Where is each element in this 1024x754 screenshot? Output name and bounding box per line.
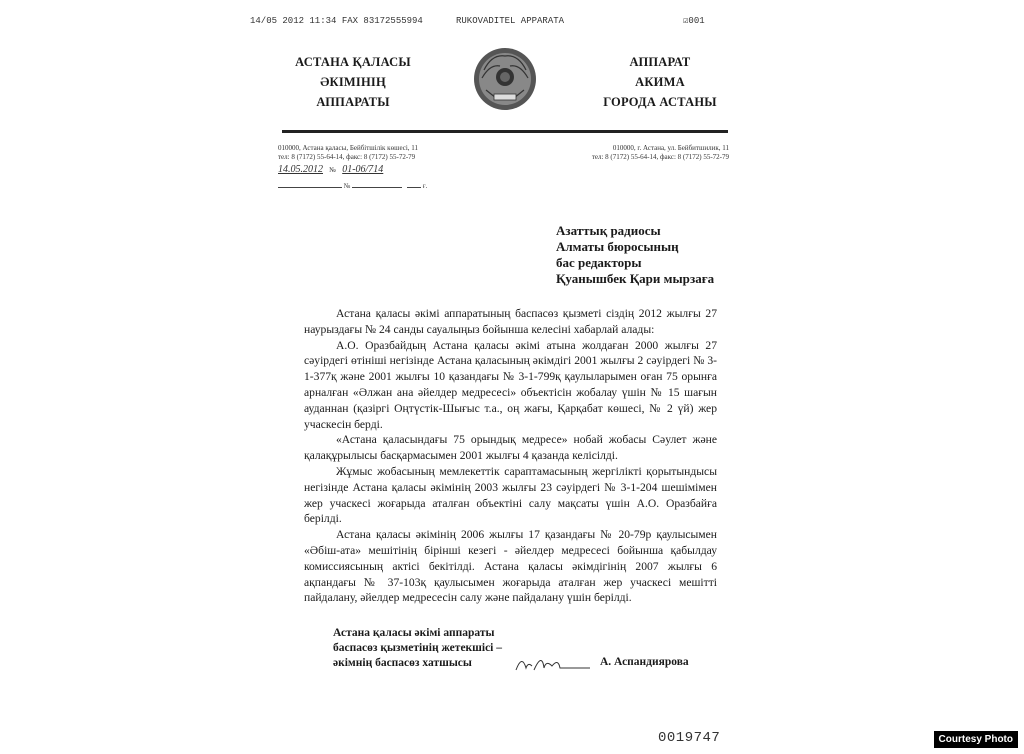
fax-header: 14/05 2012 11:34 FAX 83172555994 RUKOVAD… <box>0 16 1024 30</box>
letter-body: Астана қаласы әкімі аппаратының баспасөз… <box>304 306 717 606</box>
blank-field <box>352 180 402 188</box>
addressee-line: Қуанышбек Қари мырзаға <box>556 271 714 287</box>
org-kz-line: АППАРАТЫ <box>263 92 443 112</box>
address-russian: 010000, г. Астана, ул. Бейбитшилик, 11 т… <box>578 144 729 162</box>
address-kazakh: 010000, Астана қаласы, Бейбітшілік көшес… <box>278 144 418 162</box>
document-number: 0019747 <box>658 730 720 746</box>
signatory-title-line: әкімнің баспасөз хатшысы <box>333 656 502 671</box>
blank-field <box>278 180 342 188</box>
org-ru-line: АКИМА <box>570 72 750 92</box>
year-suffix: ғ. <box>423 182 428 190</box>
org-ru-line: АППАРАТ <box>570 52 750 72</box>
org-name-russian: АППАРАТ АКИМА ГОРОДА АСТАНЫ <box>570 52 750 112</box>
registration-line: 14.05.2012 № 01-06/714 <box>278 164 383 175</box>
body-paragraph: Астана қаласы әкімінің 2006 жылғы 17 қаз… <box>304 527 717 606</box>
fax-datetime: 14/05 2012 11:34 FAX 83172555994 <box>250 16 423 26</box>
registration-line-blank: № ғ. <box>278 180 427 190</box>
handwritten-signature-icon <box>512 652 592 674</box>
address-line: тел: 8 (7172) 55-64-14, факс: 8 (7172) 5… <box>578 153 729 162</box>
addressee-block: Азаттық радиосы Алматы бюросының бас ред… <box>556 223 714 287</box>
addressee-line: Алматы бюросының <box>556 239 714 255</box>
org-name-kazakh: АСТАНА ҚАЛАСЫ ӘКІМІНІҢ АППАРАТЫ <box>263 52 443 112</box>
org-kz-line: АСТАНА ҚАЛАСЫ <box>263 52 443 72</box>
org-ru-line: ГОРОДА АСТАНЫ <box>570 92 750 112</box>
fax-sender: RUKOVADITEL APPARATA <box>456 16 564 26</box>
blank-field <box>407 180 421 188</box>
address-line: 010000, г. Астана, ул. Бейбитшилик, 11 <box>578 144 729 153</box>
addressee-line: бас редакторы <box>556 255 714 271</box>
body-paragraph: Жұмыс жобасының мемлекеттік сараптамасын… <box>304 464 717 527</box>
signatory-name: А. Аспандиярова <box>600 656 689 668</box>
body-paragraph: Астана қаласы әкімі аппаратының баспасөз… <box>304 306 717 338</box>
registration-date: 14.05.2012 <box>278 164 323 175</box>
org-kz-line: ӘКІМІНІҢ <box>263 72 443 92</box>
registration-number: 01-06/714 <box>342 164 383 175</box>
letterhead-divider <box>282 130 728 133</box>
address-line: тел: 8 (7172) 55-64-14, факс: 8 (7172) 5… <box>278 153 418 162</box>
body-paragraph: «Астана қаласындағы 75 орындық медресе» … <box>304 432 717 464</box>
signatory-title-line: баспасөз қызметінің жетекшісі – <box>333 641 502 656</box>
addressee-line: Азаттық радиосы <box>556 223 714 239</box>
address-line: 010000, Астана қаласы, Бейбітшілік көшес… <box>278 144 418 153</box>
number-label: № <box>329 166 336 174</box>
photo-credit: Courtesy Photo <box>934 731 1018 748</box>
signatory-title: Астана қаласы әкімі аппараты баспасөз қы… <box>333 626 502 671</box>
signatory-title-line: Астана қаласы әкімі аппараты <box>333 626 502 641</box>
fax-page: ☑001 <box>683 16 705 26</box>
state-emblem-icon <box>472 46 538 112</box>
body-paragraph: А.О. Оразбайдың Астана қаласы әкімі атын… <box>304 338 717 433</box>
number-label: № <box>344 182 351 190</box>
